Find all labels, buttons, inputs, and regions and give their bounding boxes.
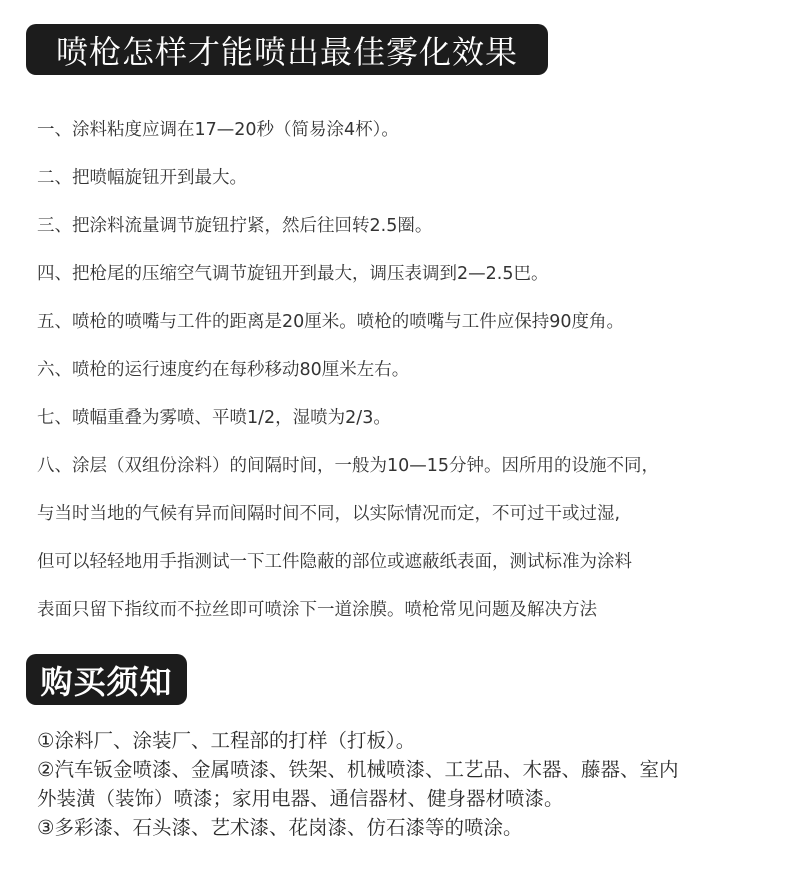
list-item: 八、涂层（双组份涂料）的间隔时间，一般为10—15分钟。因所用的设施不同， xyxy=(37,452,777,500)
section-title-text: 喷枪怎样才能喷出最佳雾化效果 xyxy=(56,27,518,73)
list-item: ②汽车钣金喷漆、金属喷漆、铁架、机械喷漆、工艺品、木器、藤器、室内 xyxy=(37,755,787,784)
section-title-text: 购买须知 xyxy=(40,657,172,703)
list-item: 与当时当地的气候有异而间隔时间不同，以实际情况而定，不可过干或过湿, xyxy=(37,500,777,548)
purchase-notes-list: ①涂料厂、涂装厂、工程部的打样（打板）。 ②汽车钣金喷漆、金属喷漆、铁架、机械喷… xyxy=(37,726,787,842)
list-item: 外装潢（装饰）喷漆；家用电器、通信器材、健身器材喷漆。 xyxy=(37,784,787,813)
list-item: 五、喷枪的喷嘴与工件的距离是20厘米。喷枪的喷嘴与工件应保持90度角。 xyxy=(37,308,777,356)
list-item: 七、喷幅重叠为雾喷、平喷1/2，湿喷为2/3。 xyxy=(37,404,777,452)
list-item: 一、涂料粘度应调在17—20秒（简易涂4杯）。 xyxy=(37,116,777,164)
list-item: ①涂料厂、涂装厂、工程部的打样（打板）。 xyxy=(37,726,787,755)
section-title-purchase-notes: 购买须知 xyxy=(26,654,187,705)
list-item: 六、喷枪的运行速度约在每秒移动80厘米左右。 xyxy=(37,356,777,404)
list-item: 四、把枪尾的压缩空气调节旋钮开到最大，调压表调到2—2.5巴。 xyxy=(37,260,777,308)
section-title-atomization: 喷枪怎样才能喷出最佳雾化效果 xyxy=(26,24,548,75)
list-item: ③多彩漆、石头漆、艺术漆、花岗漆、仿石漆等的喷涂。 xyxy=(37,813,787,842)
list-item: 二、把喷幅旋钮开到最大。 xyxy=(37,164,777,212)
atomization-steps-list: 一、涂料粘度应调在17—20秒（简易涂4杯）。 二、把喷幅旋钮开到最大。 三、把… xyxy=(37,116,777,644)
list-item: 表面只留下指纹而不拉丝即可喷涂下一道涂膜。喷枪常见问题及解决方法 xyxy=(37,596,777,644)
list-item: 三、把涂料流量调节旋钮拧紧，然后往回转2.5圈。 xyxy=(37,212,777,260)
list-item: 但可以轻轻地用手指测试一下工件隐蔽的部位或遮蔽纸表面，测试标准为涂料 xyxy=(37,548,777,596)
